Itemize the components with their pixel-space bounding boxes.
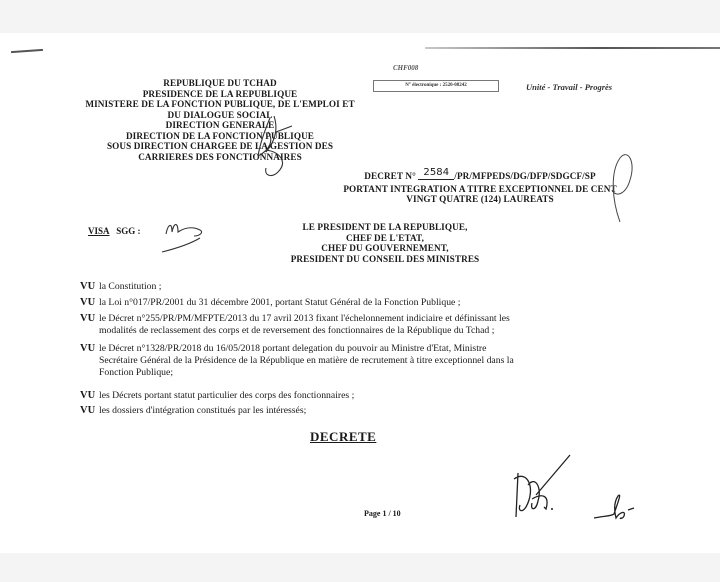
- electronic-number-box: N° électronique : 2520-08242: [373, 80, 499, 92]
- vu-prefix: VU: [80, 405, 99, 417]
- consideration-item: VUle Décret n°255/PR/PM/MFPTE/2013 du 17…: [80, 313, 640, 337]
- loop-signature-icon: [590, 150, 640, 230]
- visa-label: VISA: [88, 226, 110, 236]
- sgg-signature-icon: [160, 218, 220, 258]
- visa-sgg: VISA SGG :: [88, 226, 141, 236]
- title-line: PRESIDENT DU CONSEIL DES MINISTRES: [255, 254, 515, 265]
- vu-prefix: VU: [80, 297, 99, 309]
- scan-edge-line: [425, 47, 720, 49]
- national-motto: Unité - Travail - Progrès: [526, 82, 612, 92]
- decree-number: 2584: [418, 168, 454, 180]
- consideration-item: VUles Décrets portant statut particulier…: [80, 390, 640, 402]
- president-titles: LE PRESIDENT DE LA REPUBLIQUE, CHEF DE L…: [255, 222, 515, 264]
- k-signature-icon: [592, 488, 652, 528]
- ds-signature-icon: [508, 455, 588, 525]
- vu-prefix: VU: [80, 281, 99, 293]
- vu-prefix: VU: [80, 313, 99, 325]
- consideration-item: VUla Constitution ;: [80, 281, 640, 293]
- initials-signature-icon: [230, 110, 320, 190]
- title-line: CHEF DE L'ETAT,: [255, 233, 515, 244]
- page-number: Page 1 / 10: [364, 509, 401, 518]
- consideration-item: VUla Loi n°017/PR/2001 du 31 décembre 20…: [80, 297, 640, 309]
- header-line: PRESIDENCE DE LA REPUBLIQUE: [80, 89, 360, 100]
- title-line: LE PRESIDENT DE LA REPUBLIQUE,: [255, 222, 515, 233]
- consideration-item: VUle Décret n°1328/PR/2018 du 16/05/2018…: [80, 343, 640, 378]
- title-line: CHEF DU GOUVERNEMENT,: [255, 243, 515, 254]
- sgg-label: SGG :: [116, 226, 140, 236]
- decrete-heading: DECRETE: [310, 429, 376, 445]
- decree-reference: /PR/MFPEDS/DG/DFP/SDGCF/SP: [454, 171, 595, 181]
- decree-prefix: DECRET N°: [364, 171, 416, 181]
- consideration-item: VUles dossiers d'intégration constitués …: [80, 405, 640, 417]
- vu-prefix: VU: [80, 390, 99, 402]
- header-line: REPUBLIQUE DU TCHAD: [80, 78, 360, 89]
- form-code: CHF008: [393, 64, 418, 72]
- vu-prefix: VU: [80, 343, 99, 355]
- header-line: MINISTERE DE LA FONCTION PUBLIQUE, DE L'…: [80, 99, 360, 110]
